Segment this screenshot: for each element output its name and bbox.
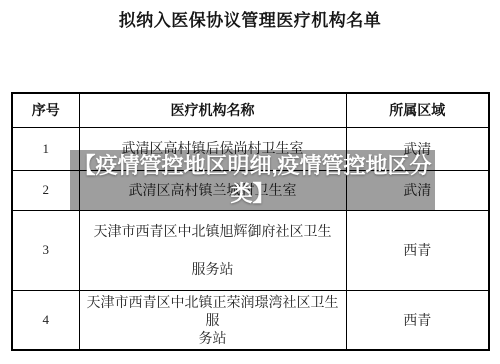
region-cell: 西青 bbox=[346, 210, 489, 290]
institution-name-line: 务站 bbox=[84, 329, 342, 347]
institution-name-cell: 天津市西青区中北镇正荣润璟湾社区卫生服 务站 bbox=[79, 290, 346, 350]
region-cell: 西青 bbox=[346, 290, 489, 350]
watermark-overlay: 【疫情管控地区明细,疫情管控地区分 类】 bbox=[70, 150, 435, 210]
table-row: 4 天津市西青区中北镇正荣润璟湾社区卫生服 务站 西青 bbox=[12, 290, 489, 350]
serial-cell: 2 bbox=[12, 170, 79, 210]
watermark-text-line: 类】 bbox=[230, 180, 274, 208]
serial-cell: 1 bbox=[12, 127, 79, 170]
table-header-row: 序号 医疗机构名称 所属区域 bbox=[12, 93, 489, 127]
table-row: 3 天津市西青区中北镇旭辉御府社区卫生 服务站 西青 bbox=[12, 210, 489, 290]
column-header-serial: 序号 bbox=[12, 93, 79, 127]
serial-cell: 4 bbox=[12, 290, 79, 350]
institution-name-line: 天津市西青区中北镇旭辉御府社区卫生 bbox=[84, 212, 342, 250]
document-page: 拟纳入医保协议管理医疗机构名单 序号 医疗机构名称 所属区域 1 武清区高村镇后… bbox=[0, 0, 500, 364]
institution-name-line: 天津市西青区中北镇正荣润璟湾社区卫生服 bbox=[84, 293, 342, 329]
institution-table: 序号 医疗机构名称 所属区域 1 武清区高村镇后侯尚村卫生室 武清 2 武清区高… bbox=[11, 92, 490, 351]
institution-name-cell: 天津市西青区中北镇旭辉御府社区卫生 服务站 bbox=[79, 210, 346, 290]
watermark-text-line: 【疫情管控地区明细,疫情管控地区分 bbox=[73, 152, 431, 180]
column-header-region: 所属区域 bbox=[346, 93, 489, 127]
column-header-name: 医疗机构名称 bbox=[79, 93, 346, 127]
institution-name-line: 服务站 bbox=[84, 250, 342, 288]
serial-cell: 3 bbox=[12, 210, 79, 290]
page-title: 拟纳入医保协议管理医疗机构名单 bbox=[0, 6, 500, 31]
